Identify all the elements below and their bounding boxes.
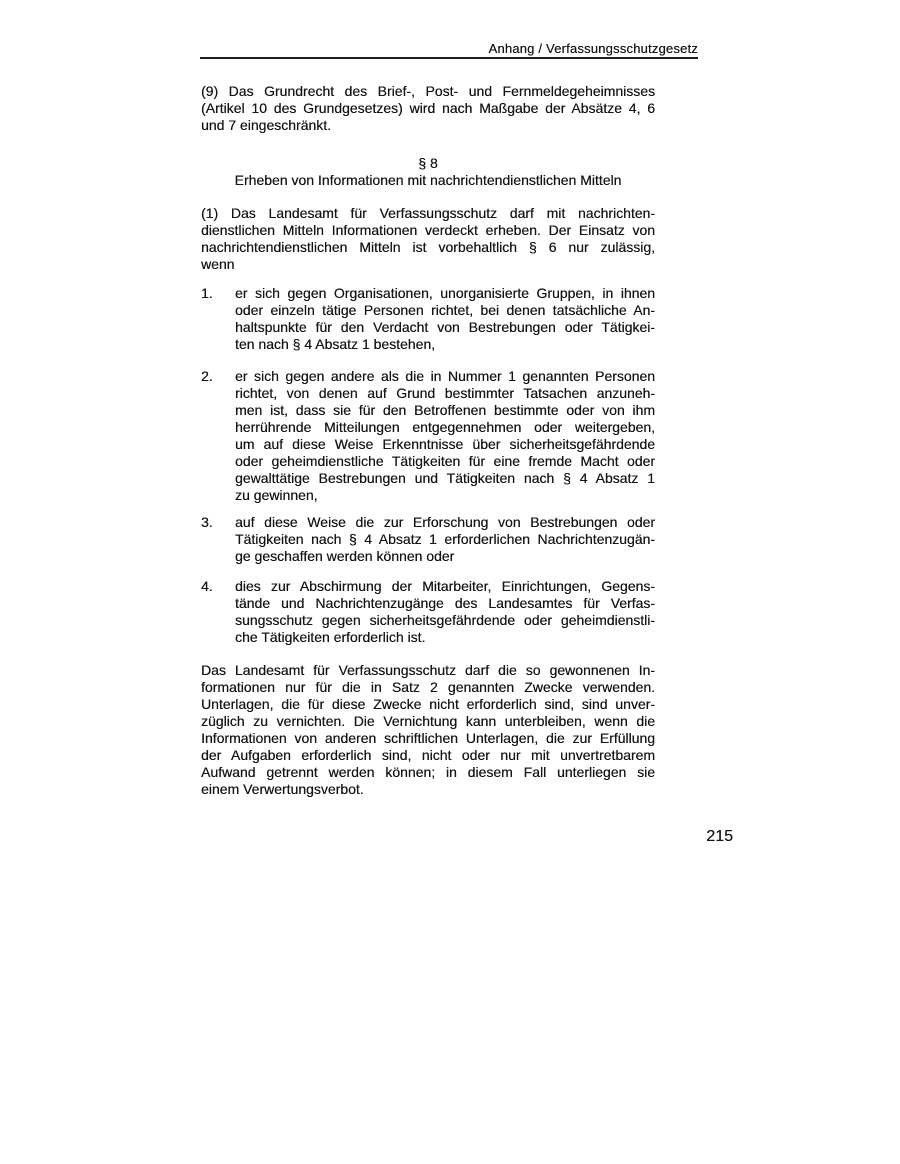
text-line: und 7 eingeschränkt. <box>201 117 655 134</box>
text-line: (9) Das Grundrecht des Brief-, Post- und… <box>201 83 655 100</box>
text-line: ge geschaffen werden können oder <box>235 548 655 565</box>
item-number: 1. <box>201 285 235 353</box>
item-number: 2. <box>201 368 235 504</box>
text-line: oder einzeln tätige Personen richtet, be… <box>235 302 655 319</box>
text-line: haltspunkte für den Verdacht von Bestreb… <box>235 319 655 336</box>
closing-paragraph: Das Landesamt für Verfassungsschutz darf… <box>201 662 655 798</box>
text-line: ten nach § 4 Absatz 1 bestehen, <box>235 336 655 353</box>
text-line: Tätigkeiten nach § 4 Absatz 1 erforderli… <box>235 531 655 548</box>
text-line: um auf diese Weise Erkenntnisse über sic… <box>235 436 655 453</box>
list-item: 2. er sich gegen andere als die in Numme… <box>201 368 655 504</box>
text-line: dienstlichen Mitteln Informationen verde… <box>201 222 655 239</box>
item-text: er sich gegen Organisationen, unorganisi… <box>235 285 655 353</box>
item-number: 4. <box>201 578 235 646</box>
text-line: Aufwand getrennt werden können; in diese… <box>201 764 655 781</box>
text-line: auf diese Weise die zur Erforschung von … <box>235 514 655 531</box>
section-heading: § 8 Erheben von Informationen mit nachri… <box>201 155 655 189</box>
text-line: er sich gegen andere als die in Nummer 1… <box>235 368 655 385</box>
text-line: men ist, dass sie für den Betroffenen be… <box>235 402 655 419</box>
header-rule <box>200 57 698 59</box>
text-line: sungsschutz gegen sicherheitsgefährdende… <box>235 612 655 629</box>
text-line: der Aufgaben erforderlich sind, nicht od… <box>201 747 655 764</box>
text-line: einem Verwertungsverbot. <box>201 781 655 798</box>
text-line: nachrichtendienstlichen Mitteln ist vorb… <box>201 239 655 256</box>
text-line: Informationen von anderen schriftlichen … <box>201 730 655 747</box>
list-item: 1. er sich gegen Organisationen, unorgan… <box>201 285 655 353</box>
text-line: dies zur Abschirmung der Mitarbeiter, Ei… <box>235 578 655 595</box>
text-line: (1) Das Landesamt für Verfassungsschutz … <box>201 205 655 222</box>
text-line: Unterlagen, die für diese Zwecke nicht e… <box>201 696 655 713</box>
text-line: (Artikel 10 des Grundgesetzes) wird nach… <box>201 100 655 117</box>
text-line: formationen nur für die in Satz 2 genann… <box>201 679 655 696</box>
section-title: Erheben von Informationen mit nachrichte… <box>201 172 655 189</box>
text-line: Das Landesamt für Verfassungsschutz darf… <box>201 662 655 679</box>
section-number: § 8 <box>201 155 655 172</box>
text-line: wenn <box>201 256 655 273</box>
item-text: dies zur Abschirmung der Mitarbeiter, Ei… <box>235 578 655 646</box>
text-line: gewalttätige Bestrebungen und Tätigkeite… <box>235 470 655 487</box>
document-page: Anhang / Verfassungsschutzgesetz (9) Das… <box>0 0 900 1164</box>
paragraph-1: (1) Das Landesamt für Verfassungsschutz … <box>201 205 655 273</box>
text-line: züglich zu vernichten. Die Vernichtung k… <box>201 713 655 730</box>
page-number: 215 <box>200 827 733 846</box>
running-header: Anhang / Verfassungsschutzgesetz <box>200 41 698 56</box>
item-number: 3. <box>201 514 235 565</box>
text-line: oder geheimdienstliche Tätigkeiten für e… <box>235 453 655 470</box>
text-column: (9) Das Grundrecht des Brief-, Post- und… <box>201 83 655 798</box>
text-line: che Tätigkeiten erforderlich ist. <box>235 629 655 646</box>
text-line: zu gewinnen, <box>235 487 655 504</box>
paragraph-9: (9) Das Grundrecht des Brief-, Post- und… <box>201 83 655 134</box>
list-item: 4. dies zur Abschirmung der Mitarbeiter,… <box>201 578 655 646</box>
item-text: auf diese Weise die zur Erforschung von … <box>235 514 655 565</box>
item-text: er sich gegen andere als die in Nummer 1… <box>235 368 655 504</box>
list-item: 3. auf diese Weise die zur Erforschung v… <box>201 514 655 565</box>
text-line: richtet, von denen auf Grund bestimmter … <box>235 385 655 402</box>
text-line: er sich gegen Organisationen, unorganisi… <box>235 285 655 302</box>
text-line: tände und Nachrichtenzugänge des Landesa… <box>235 595 655 612</box>
text-line: herrührende Mitteilungen entgegennehmen … <box>235 419 655 436</box>
